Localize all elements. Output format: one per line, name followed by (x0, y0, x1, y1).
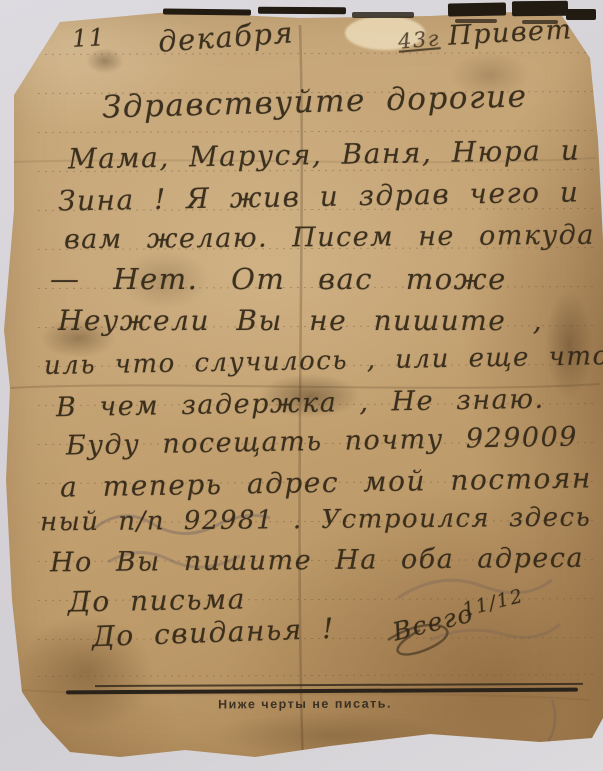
ruled-line (38, 129, 595, 133)
top-edge-dash (163, 9, 251, 16)
handwritten-date-year: 43г (397, 26, 441, 54)
handwritten-line: Зина ! Я жив и здрав чего и (58, 175, 580, 217)
printed-notice: Ниже черты не писать. (190, 696, 420, 711)
handwritten-line: В чем задержка , Не знаю. (56, 384, 545, 424)
handwritten-line: иль что случилось , или еще что. (44, 341, 603, 381)
handwritten-line: До свиданья ! (91, 612, 335, 653)
handwritten-line: Буду посещать почту 929009 (66, 422, 578, 462)
handwritten-signature: Всего (390, 598, 477, 646)
photo-background: 11 декабря 43г Привет !!! Здравствуйте д… (0, 0, 603, 771)
letter-paper: 11 декабря 43г Привет !!! Здравствуйте д… (0, 0, 603, 771)
ruled-line (38, 673, 595, 677)
top-edge-dash (522, 20, 558, 24)
top-edge-dash (448, 2, 506, 16)
handwritten-line: Здравствуйте дорогие (102, 78, 528, 125)
top-edge-dash (566, 9, 596, 20)
handwritten-line: — Нет. От вас тоже (50, 262, 507, 296)
ruled-line (38, 51, 595, 55)
printed-rule-thick (66, 688, 578, 695)
stain (210, 712, 450, 758)
handwritten-line: Неужели Вы не пишите , (58, 304, 543, 337)
handwritten-date-day: 11 (71, 23, 106, 53)
handwritten-line: а теперь адрес мой постоян (60, 461, 592, 503)
handwritten-line: вам желаю. Писем не откуда (64, 220, 595, 256)
top-edge-dash (258, 7, 346, 15)
top-edge-dash (455, 19, 497, 23)
top-edge-dash (512, 1, 568, 16)
handwritten-line: ный п/п 92981 . Устроился здесь (40, 503, 591, 538)
handwritten-line: Но Вы пишите На оба адреса (50, 543, 584, 579)
top-edge-dash (352, 12, 414, 18)
handwritten-line: До письма (68, 582, 246, 618)
printed-rule-thin (95, 683, 583, 687)
